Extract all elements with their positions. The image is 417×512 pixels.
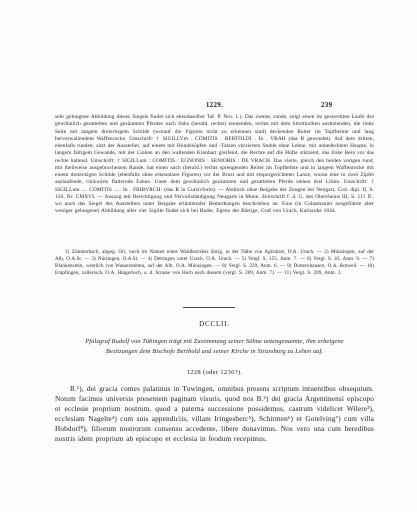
charter-regest: Pfalzgraf Rudolf von Tübingen trägt mit …	[72, 337, 357, 356]
book-page: 1229. 239 sehr gelungene Abbildung diese…	[0, 0, 417, 512]
section-divider-rule	[183, 307, 235, 308]
charter-number-heading: DCCLII.	[55, 320, 374, 328]
running-head: 1229. 239	[55, 101, 374, 113]
charter-date: 1228 (oder 1236?).	[55, 369, 374, 376]
footnotes-block: 1) Zimmerbach, abgeg. Ort, noch im Namen…	[55, 249, 374, 277]
page-number: 239	[321, 101, 332, 109]
seal-description-paragraph: sehr gelungene Abbildung dieses Siegels …	[55, 114, 374, 216]
charter-latin-text: R.¹), dei gracia comes palatinus in Tuwi…	[55, 384, 374, 445]
